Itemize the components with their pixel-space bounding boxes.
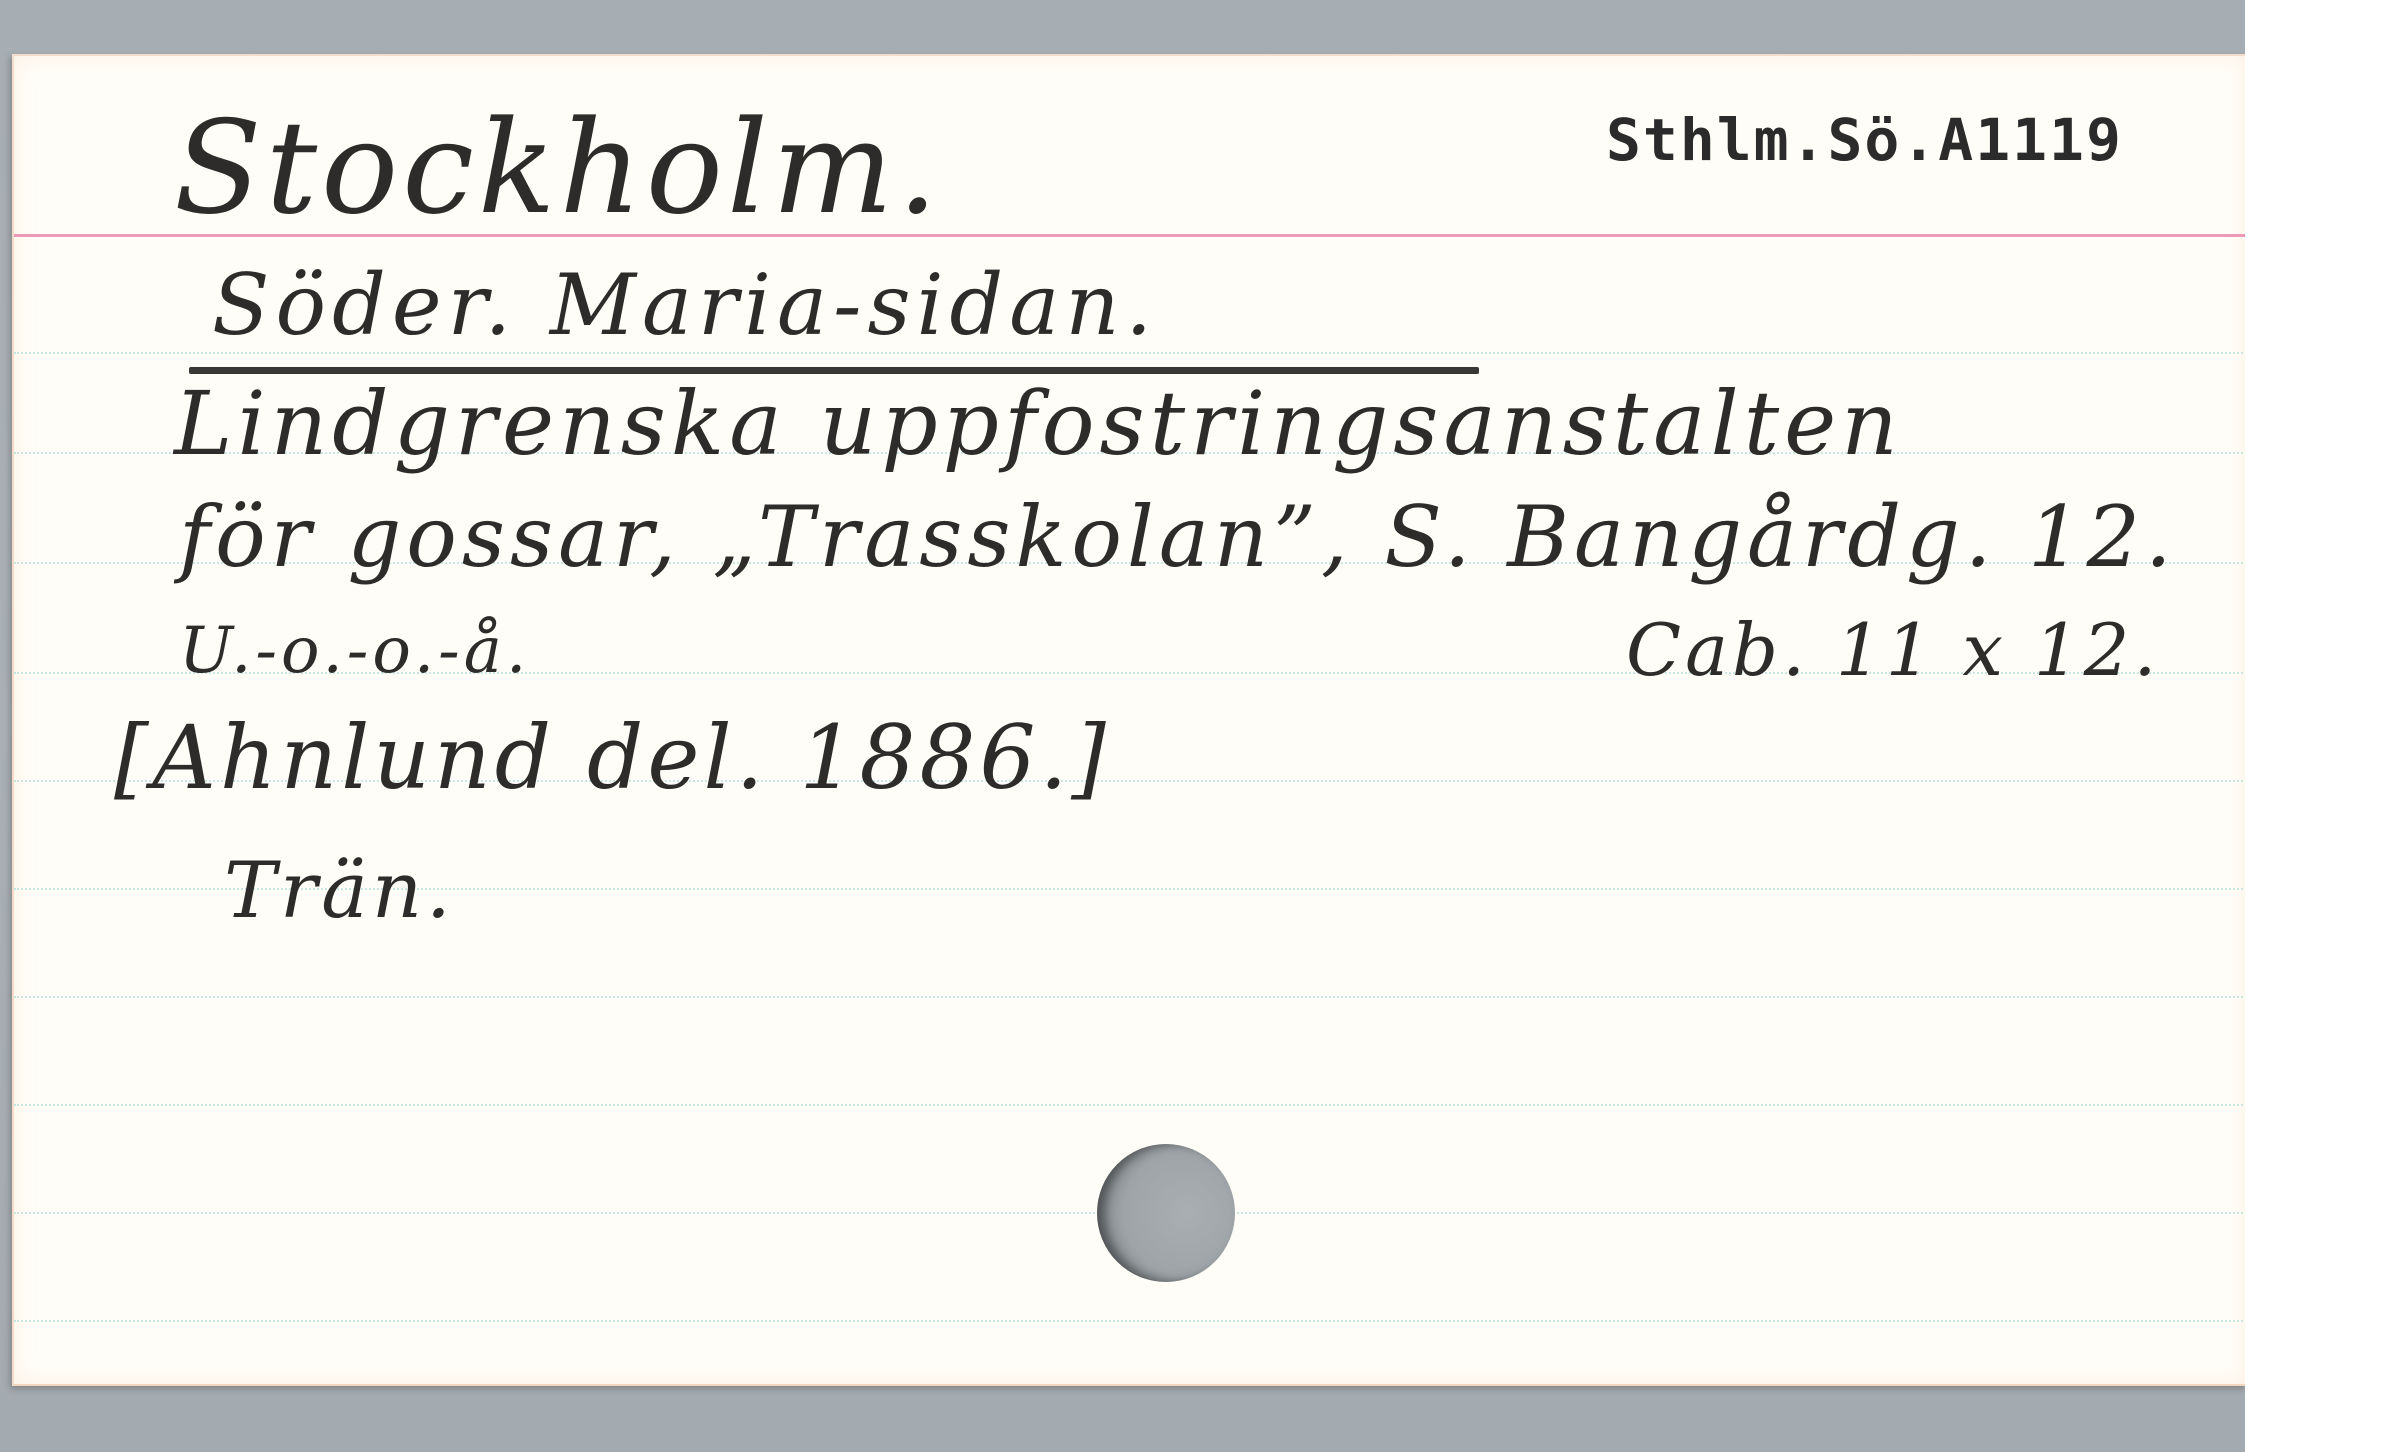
dimensions-note: Cab. 11 x 12.	[1626, 608, 2160, 692]
ruled-line	[14, 1104, 2245, 1106]
card-subtitle: Söder. Maria-sidan.	[212, 256, 1158, 354]
ruled-line	[14, 996, 2245, 998]
index-card: Sthlm.Sö.A1119 Stockholm. Söder. Maria-s…	[12, 54, 2245, 1386]
material-note: Trän.	[224, 846, 455, 936]
punched-hole	[1097, 1144, 1235, 1282]
scanned-card-image: Sthlm.Sö.A1119 Stockholm. Söder. Maria-s…	[0, 0, 2245, 1452]
entry-line-1: Lindgrenska uppfostringsanstalten	[174, 372, 1903, 475]
card-title: Stockholm.	[174, 94, 942, 243]
entry-line-2: för gossar, „Trasskolan”, S. Bangårdg. 1…	[179, 488, 2177, 586]
call-number: Sthlm.Sö.A1119	[1606, 106, 2123, 174]
ruled-line	[14, 1320, 2245, 1322]
entry-line-3: U.-o.-o.-å.	[179, 614, 530, 688]
source-note: [Ahnlund del. 1886.]	[114, 706, 1110, 809]
